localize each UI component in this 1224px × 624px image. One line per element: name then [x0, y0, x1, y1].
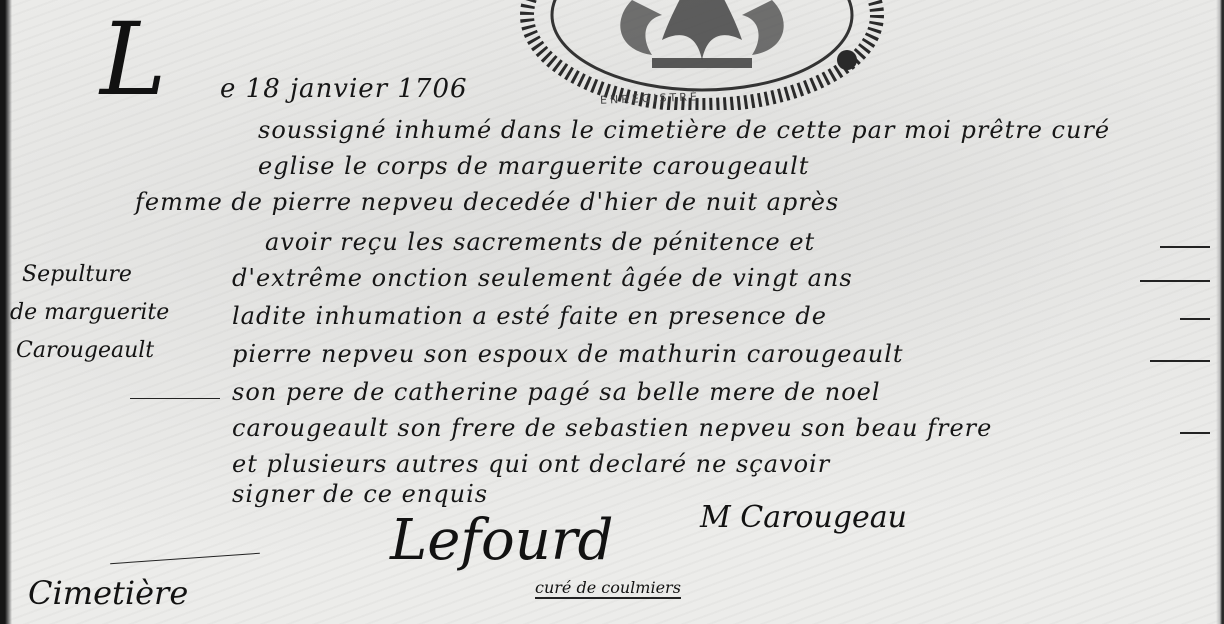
- entry-date: e 18 janvier 1706: [220, 74, 468, 104]
- body-line-10: et plusieurs autres qui ont declaré ne s…: [232, 450, 830, 478]
- next-entry-margin-fragment: Cimetière: [28, 574, 188, 612]
- body-line-1: soussigné inhumé dans le cimetière de ce…: [258, 116, 1110, 144]
- margin-note-name: de marguerite: [10, 300, 169, 325]
- line-filler-rule: [1180, 318, 1210, 320]
- body-line-3: femme de pierre nepveu decedée d'hier de…: [135, 188, 839, 216]
- body-line-7: pierre nepveu son espoux de mathurin car…: [232, 340, 904, 368]
- body-line-8: son pere de catherine pagé sa belle mere…: [232, 378, 881, 406]
- line-filler-rule: [1180, 432, 1210, 434]
- cure-signature: Lefourd: [390, 508, 613, 573]
- body-line-5: d'extrême onction seulement âgée de ving…: [232, 264, 853, 292]
- body-line-11: signer de ce enquis: [232, 480, 488, 508]
- fleur-de-lis-stamp: [512, 0, 892, 110]
- body-line-2: eglise le corps de marguerite carougeaul…: [258, 152, 809, 180]
- margin-separator-rule: [130, 398, 220, 399]
- page-right-edge: [1216, 0, 1224, 624]
- margin-note-surname: Carougeault: [16, 338, 154, 363]
- cure-title: curé de coulmiers: [535, 578, 681, 599]
- heading-initial: L: [100, 10, 166, 110]
- margin-note-sepulture: Sepulture: [22, 262, 132, 287]
- body-line-6: ladite inhumation a esté faite en presen…: [232, 302, 827, 330]
- witness-signature: M Carougeau: [700, 500, 907, 535]
- body-line-4: avoir reçu les sacrements de pénitence e…: [265, 228, 815, 256]
- line-filler-rule: [1140, 280, 1210, 282]
- margin-separator-rule: [110, 553, 260, 564]
- line-filler-rule: [1160, 246, 1210, 248]
- stamp-icon: [512, 0, 892, 110]
- body-line-9: carougeault son frere de sebastien nepve…: [232, 414, 992, 442]
- scanned-page: ENREGISTRÉ L e 18 janvier 1706 soussigné…: [0, 0, 1224, 624]
- line-filler-rule: [1150, 360, 1210, 362]
